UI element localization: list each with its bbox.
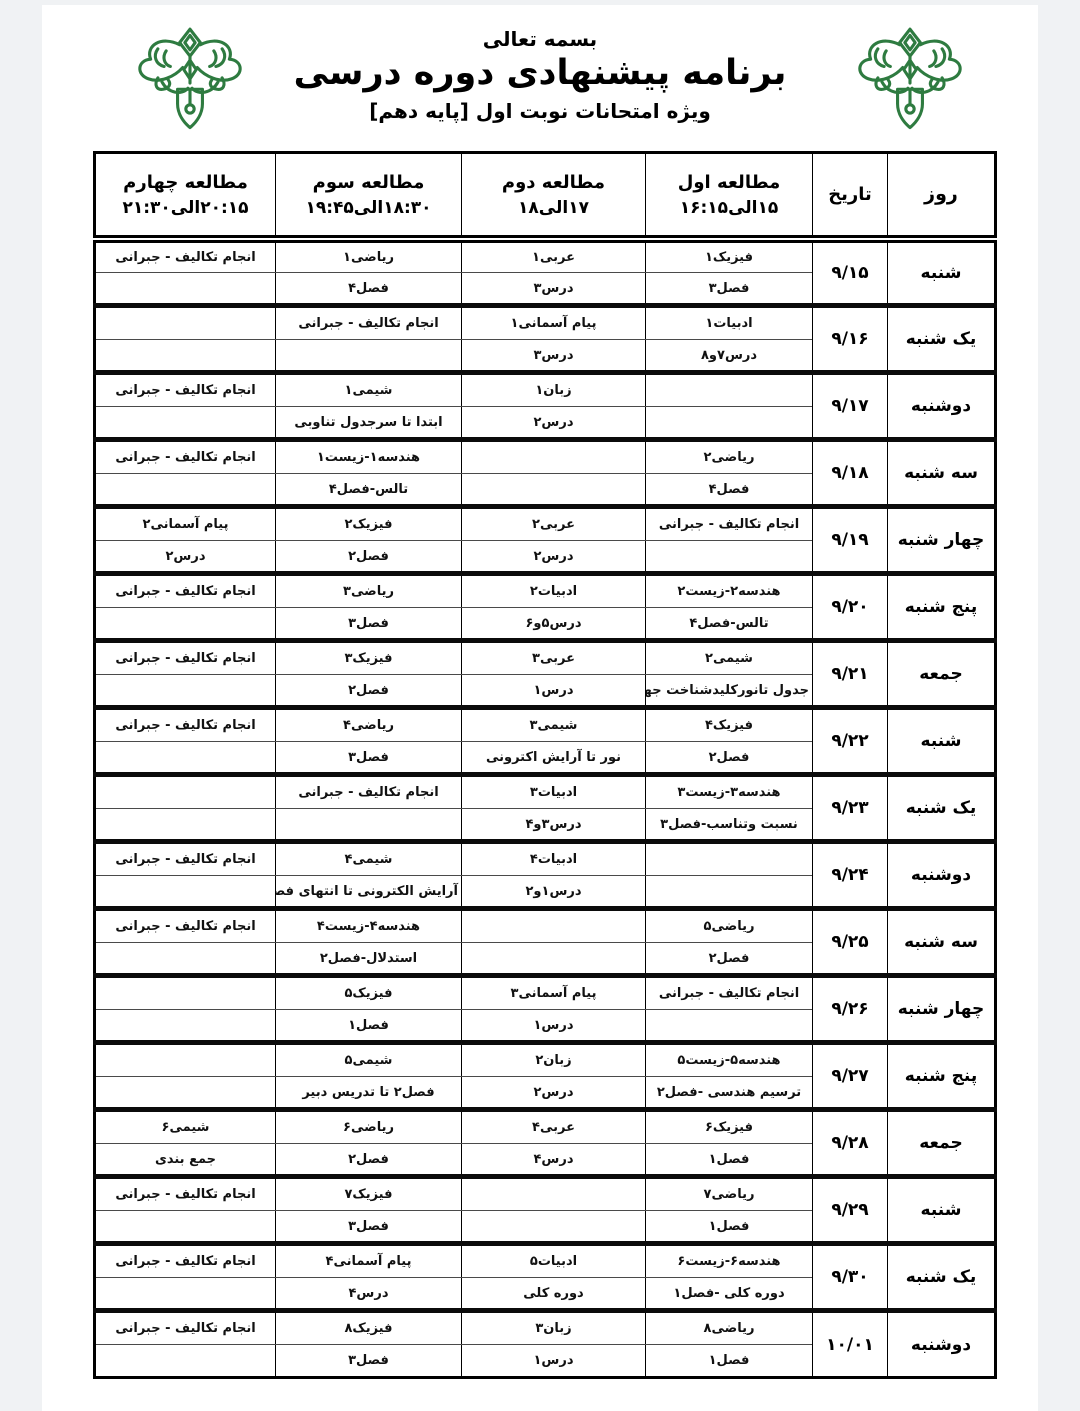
study-subject-cell: ریاضی۱	[276, 239, 462, 273]
study-detail-cell: درس۳	[462, 273, 646, 306]
date-cell: ۹/۱۶	[813, 306, 888, 373]
study-subject-cell: ریاضی۲	[646, 440, 813, 474]
day-cell: سه شنبه	[888, 440, 996, 507]
study-detail-cell: درس۲	[462, 541, 646, 574]
study-subject-cell: عربی۴	[462, 1110, 646, 1144]
study-detail-cell: دوره کلی	[462, 1278, 646, 1311]
study-detail-cell	[462, 474, 646, 507]
study-detail-cell: درس۱	[462, 1345, 646, 1378]
study-subject-cell: ریاضی۸	[646, 1311, 813, 1345]
study-detail-cell	[95, 675, 276, 708]
date-cell: ۹/۱۹	[813, 507, 888, 574]
study-header-label: مطالعه اول	[646, 169, 812, 197]
day-cell: دوشنبه	[888, 1311, 996, 1378]
study-subject-cell: فیزیک۳	[276, 641, 462, 675]
study-subject-cell: انجام تکالیف - جبرانی	[95, 440, 276, 474]
study-detail-cell: فصل۴	[646, 474, 813, 507]
study-detail-cell: فصل۱	[646, 1345, 813, 1378]
study-subject-cell: ریاضی۳	[276, 574, 462, 608]
day-cell: جمعه	[888, 1110, 996, 1177]
study2-column-header: مطالعه دوم ۱۷الی۱۸	[462, 153, 646, 239]
study-detail-cell	[95, 273, 276, 306]
table-row: چهار شنبه۹/۱۹انجام تکالیف - جبرانیعربی۲ف…	[95, 507, 996, 541]
study-detail-cell: فصل۳	[276, 1211, 462, 1244]
study-detail-cell	[95, 340, 276, 373]
schedule-table-wrap: روز تاریخ مطالعه اول ۱۵الی۱۶:۱۵ مطالعه د…	[93, 151, 997, 1379]
table-row: پنج شنبه۹/۲۰هندسه۲-زیست۲ادبیات۲ریاضی۳انج…	[95, 574, 996, 608]
study-detail-cell: درس۴	[276, 1278, 462, 1311]
study-detail-cell	[95, 742, 276, 775]
study-detail-cell: آرایش الکترونی تا انتهای فصل	[276, 876, 462, 909]
study-subject-cell: انجام تکالیف - جبرانی	[95, 574, 276, 608]
study-subject-cell	[95, 976, 276, 1010]
study-subject-cell: ریاضی۵	[646, 909, 813, 943]
table-row: سه شنبه۹/۱۸ریاضی۲هندسه۱-زیست۱انجام تکالی…	[95, 440, 996, 474]
study-subject-cell: فیزیک۸	[276, 1311, 462, 1345]
study-detail-cell: دوره کلی -فصل۱	[646, 1278, 813, 1311]
study-subject-cell: انجام تکالیف - جبرانی	[95, 1311, 276, 1345]
date-cell: ۹/۲۴	[813, 842, 888, 909]
study-subject-cell: هندسه۴-زیست۴	[276, 909, 462, 943]
study-subject-cell: فیزیک۴	[646, 708, 813, 742]
study-subject-cell: زبان۲	[462, 1043, 646, 1077]
table-row: دوشنبه۱۰/۰۱ریاضی۸زبان۳فیزیک۸انجام تکالیف…	[95, 1311, 996, 1345]
study-header-time: ۲۰:۱۵الی۲۱:۳۰	[96, 197, 275, 219]
document-header: بسمه تعالی برنامه پیشنهادی دوره درسی ویژ…	[42, 5, 1038, 123]
study-detail-cell: تالس-فصل۴	[646, 608, 813, 641]
date-cell: ۹/۲۷	[813, 1043, 888, 1110]
table-row: پنج شنبه۹/۲۷هندسه۵-زیست۵زبان۲شیمی۵	[95, 1043, 996, 1077]
study-header-time: ۱۵الی۱۶:۱۵	[646, 197, 812, 219]
study-detail-cell	[646, 1010, 813, 1043]
date-cell: ۹/۲۶	[813, 976, 888, 1043]
study-detail-cell: فصل۳	[276, 1345, 462, 1378]
study-detail-cell	[95, 1010, 276, 1043]
date-cell: ۹/۲۳	[813, 775, 888, 842]
study-detail-cell	[646, 407, 813, 440]
study-subject-cell: انجام تکالیف - جبرانی	[95, 708, 276, 742]
study-subject-cell: شیمی۲	[646, 641, 813, 675]
date-cell: ۹/۱۷	[813, 373, 888, 440]
table-row: یک شنبه۹/۳۰هندسه۶-زیست۶ادبیات۵پیام آسمان…	[95, 1244, 996, 1278]
study-subject-cell: فیزیک۲	[276, 507, 462, 541]
study-detail-cell	[462, 943, 646, 976]
study-subject-cell: انجام تکالیف - جبرانی	[646, 507, 813, 541]
day-cell: یک شنبه	[888, 306, 996, 373]
study-subject-cell: شیمی۴	[276, 842, 462, 876]
study-detail-cell: فصل۳	[276, 742, 462, 775]
study-detail-cell: فصل۲	[276, 1144, 462, 1177]
study-subject-cell: عربی۲	[462, 507, 646, 541]
study-detail-cell: فصل۲ تا تدریس دبیر	[276, 1077, 462, 1110]
study-detail-cell	[95, 1211, 276, 1244]
study-subject-cell: ادبیات۲	[462, 574, 646, 608]
study-detail-cell: فصل۲	[276, 675, 462, 708]
study-subject-cell: زبان۳	[462, 1311, 646, 1345]
study-detail-cell: فصل۴	[276, 273, 462, 306]
study-subject-cell: زبان۱	[462, 373, 646, 407]
study-subject-cell: انجام تکالیف - جبرانی	[95, 239, 276, 273]
study-subject-cell: ادبیات۴	[462, 842, 646, 876]
day-cell: سه شنبه	[888, 909, 996, 976]
study-subject-cell: شیمی۶	[95, 1110, 276, 1144]
date-cell: ۹/۲۲	[813, 708, 888, 775]
study-header-label: مطالعه سوم	[276, 169, 461, 197]
study-subject-cell: فیزیک۷	[276, 1177, 462, 1211]
study-subject-cell: ریاضی۶	[276, 1110, 462, 1144]
study-detail-cell	[276, 340, 462, 373]
day-cell: شنبه	[888, 1177, 996, 1244]
study-subject-cell: پیام آسمانی۴	[276, 1244, 462, 1278]
day-cell: پنج شنبه	[888, 1043, 996, 1110]
study-detail-cell: فصل۲	[646, 742, 813, 775]
study-detail-cell	[646, 541, 813, 574]
study-subject-cell: هندسه۳-زیست۳	[646, 775, 813, 809]
study-detail-cell	[95, 943, 276, 976]
study-subject-cell: فیزیک۱	[646, 239, 813, 273]
study-subject-cell: انجام تکالیف - جبرانی	[95, 1177, 276, 1211]
date-column-header: تاریخ	[813, 153, 888, 239]
study-subject-cell: پیام آسمانی۱	[462, 306, 646, 340]
table-header-row: روز تاریخ مطالعه اول ۱۵الی۱۶:۱۵ مطالعه د…	[95, 153, 996, 239]
study-detail-cell: درس۷و۸	[646, 340, 813, 373]
study-subject-cell: پیام آسمانی۲	[95, 507, 276, 541]
study-subject-cell: عربی۳	[462, 641, 646, 675]
study1-column-header: مطالعه اول ۱۵الی۱۶:۱۵	[646, 153, 813, 239]
study-subject-cell: فیزیک۵	[276, 976, 462, 1010]
study-detail-cell	[462, 1211, 646, 1244]
date-cell: ۹/۱۸	[813, 440, 888, 507]
study-detail-cell	[95, 1077, 276, 1110]
table-row: یک شنبه۹/۲۳هندسه۳-زیست۳ادبیات۳انجام تکال…	[95, 775, 996, 809]
study-detail-cell	[646, 876, 813, 909]
study-subject-cell: انجام تکالیف - جبرانی	[95, 373, 276, 407]
study-detail-cell: فصل۳	[646, 273, 813, 306]
study-subject-cell	[462, 1177, 646, 1211]
study-detail-cell: ابتدا تا سرجدول تناوبی	[276, 407, 462, 440]
day-cell: شنبه	[888, 239, 996, 306]
study-header-time: ۱۸:۳۰الی۱۹:۴۵	[276, 197, 461, 219]
day-cell: پنج شنبه	[888, 574, 996, 641]
day-cell: چهار شنبه	[888, 976, 996, 1043]
study4-column-header: مطالعه چهارم ۲۰:۱۵الی۲۱:۳۰	[95, 153, 276, 239]
study-detail-cell: درس۱	[462, 1010, 646, 1043]
study-subject-cell: انجام تکالیف - جبرانی	[95, 641, 276, 675]
study-subject-cell	[646, 373, 813, 407]
study-detail-cell: درس۲	[462, 1077, 646, 1110]
study-detail-cell: فصل۳	[276, 608, 462, 641]
study-detail-cell: فصل۱	[646, 1144, 813, 1177]
date-cell: ۹/۲۱	[813, 641, 888, 708]
table-row: جمعه۹/۲۸فیزیک۶عربی۴ریاضی۶شیمی۶	[95, 1110, 996, 1144]
study-subject-cell: عربی۱	[462, 239, 646, 273]
study-detail-cell: درس۱و۲	[462, 876, 646, 909]
study-subject-cell: شیمی۱	[276, 373, 462, 407]
date-cell: ۹/۲۸	[813, 1110, 888, 1177]
day-cell: یک شنبه	[888, 775, 996, 842]
study-detail-cell	[95, 1278, 276, 1311]
study-detail-cell: جمع بندی	[95, 1144, 276, 1177]
study-detail-cell: تالس-فصل۴	[276, 474, 462, 507]
date-cell: ۹/۲۰	[813, 574, 888, 641]
study-detail-cell	[95, 608, 276, 641]
study-detail-cell	[95, 474, 276, 507]
study-subject-cell: هندسه۵-زیست۵	[646, 1043, 813, 1077]
day-cell: شنبه	[888, 708, 996, 775]
study-subject-cell	[462, 909, 646, 943]
day-cell: دوشنبه	[888, 373, 996, 440]
study-header-label: مطالعه دوم	[462, 169, 645, 197]
study-subject-cell: انجام تکالیف - جبرانی	[276, 775, 462, 809]
study-subject-cell: ادبیات۱	[646, 306, 813, 340]
study-detail-cell: ترسیم هندسی -فصل۲	[646, 1077, 813, 1110]
study-detail-cell: درس۴	[462, 1144, 646, 1177]
schedule-table: روز تاریخ مطالعه اول ۱۵الی۱۶:۱۵ مطالعه د…	[93, 151, 997, 1379]
study-subject-cell	[95, 1043, 276, 1077]
study-detail-cell: درس۳و۴	[462, 809, 646, 842]
page-subtitle: ویژه امتحانات نوبت اول [پایه دهم]	[42, 99, 1038, 123]
study-detail-cell	[276, 809, 462, 842]
table-row: شنبه۹/۲۲فیزیک۴شیمی۳ریاضی۴انجام تکالیف - …	[95, 708, 996, 742]
table-row: شنبه۹/۱۵فیزیک۱عربی۱ریاضی۱انجام تکالیف - …	[95, 239, 996, 273]
study-detail-cell: نور تا آرایش اکترونی	[462, 742, 646, 775]
study-detail-cell: فصل۱	[276, 1010, 462, 1043]
study-detail-cell: درس۱	[462, 675, 646, 708]
date-cell: ۹/۲۵	[813, 909, 888, 976]
study-detail-cell: درس۳	[462, 340, 646, 373]
study-subject-cell	[646, 842, 813, 876]
study-subject-cell: انجام تکالیف - جبرانی	[95, 909, 276, 943]
day-cell: یک شنبه	[888, 1244, 996, 1311]
study-subject-cell: فیزیک۶	[646, 1110, 813, 1144]
study-detail-cell	[95, 809, 276, 842]
document-page: بسمه تعالی برنامه پیشنهادی دوره درسی ویژ…	[42, 5, 1038, 1411]
study-subject-cell: انجام تکالیف - جبرانی	[95, 1244, 276, 1278]
date-cell: ۹/۲۹	[813, 1177, 888, 1244]
study-detail-cell	[95, 407, 276, 440]
study-subject-cell	[95, 775, 276, 809]
study-subject-cell: هندسه۲-زیست۲	[646, 574, 813, 608]
study-subject-cell: ادبیات۳	[462, 775, 646, 809]
table-row: یک شنبه۹/۱۶ادبیات۱پیام آسمانی۱انجام تکال…	[95, 306, 996, 340]
study3-column-header: مطالعه سوم ۱۸:۳۰الی۱۹:۴۵	[276, 153, 462, 239]
study-header-time: ۱۷الی۱۸	[462, 197, 645, 219]
table-row: جمعه۹/۲۱شیمی۲عربی۳فیزیک۳انجام تکالیف - ج…	[95, 641, 996, 675]
day-cell: چهار شنبه	[888, 507, 996, 574]
schedule-table-body: شنبه۹/۱۵فیزیک۱عربی۱ریاضی۱انجام تکالیف - …	[95, 239, 996, 1378]
table-row: سه شنبه۹/۲۵ریاضی۵هندسه۴-زیست۴انجام تکالی…	[95, 909, 996, 943]
study-subject-cell: انجام تکالیف - جبرانی	[276, 306, 462, 340]
study-detail-cell: نسبت وتناسب-فصل۳	[646, 809, 813, 842]
study-detail-cell: فصل۲	[276, 541, 462, 574]
study-subject-cell: انجام تکالیف - جبرانی	[646, 976, 813, 1010]
table-row: دوشنبه۹/۲۴ادبیات۴شیمی۴انجام تکالیف - جبر…	[95, 842, 996, 876]
day-cell: جمعه	[888, 641, 996, 708]
study-subject-cell: انجام تکالیف - جبرانی	[95, 842, 276, 876]
date-cell: ۹/۱۵	[813, 239, 888, 306]
date-cell: ۹/۳۰	[813, 1244, 888, 1311]
day-cell: دوشنبه	[888, 842, 996, 909]
table-row: دوشنبه۹/۱۷زبان۱شیمی۱انجام تکالیف - جبران…	[95, 373, 996, 407]
study-subject-cell: هندسه۱-زیست۱	[276, 440, 462, 474]
study-detail-cell	[95, 876, 276, 909]
study-subject-cell: شیمی۵	[276, 1043, 462, 1077]
study-subject-cell: هندسه۶-زیست۶	[646, 1244, 813, 1278]
study-detail-cell	[95, 1345, 276, 1378]
day-column-header: روز	[888, 153, 996, 239]
study-detail-cell: استدلال-فصل۲	[276, 943, 462, 976]
study-subject-cell	[95, 306, 276, 340]
study-header-label: مطالعه چهارم	[96, 169, 275, 197]
study-detail-cell: جدول تانورکلیدشناخت جهان	[646, 675, 813, 708]
date-cell: ۱۰/۰۱	[813, 1311, 888, 1378]
table-row: چهار شنبه۹/۲۶انجام تکالیف - جبرانیپیام آ…	[95, 976, 996, 1010]
study-detail-cell: فصل۲	[646, 943, 813, 976]
study-subject-cell: ادبیات۵	[462, 1244, 646, 1278]
study-subject-cell: پیام آسمانی۳	[462, 976, 646, 1010]
study-subject-cell: ریاضی۴	[276, 708, 462, 742]
study-detail-cell: درس۲	[462, 407, 646, 440]
table-row: شنبه۹/۲۹ریاضی۷فیزیک۷انجام تکالیف - جبران…	[95, 1177, 996, 1211]
study-subject-cell	[462, 440, 646, 474]
study-detail-cell: درس۵و۶	[462, 608, 646, 641]
study-detail-cell: درس۲	[95, 541, 276, 574]
bismillah-text: بسمه تعالی	[42, 27, 1038, 51]
study-detail-cell: فصل۱	[646, 1211, 813, 1244]
page-title: برنامه پیشنهادی دوره درسی	[42, 53, 1038, 93]
study-subject-cell: شیمی۳	[462, 708, 646, 742]
study-subject-cell: ریاضی۷	[646, 1177, 813, 1211]
